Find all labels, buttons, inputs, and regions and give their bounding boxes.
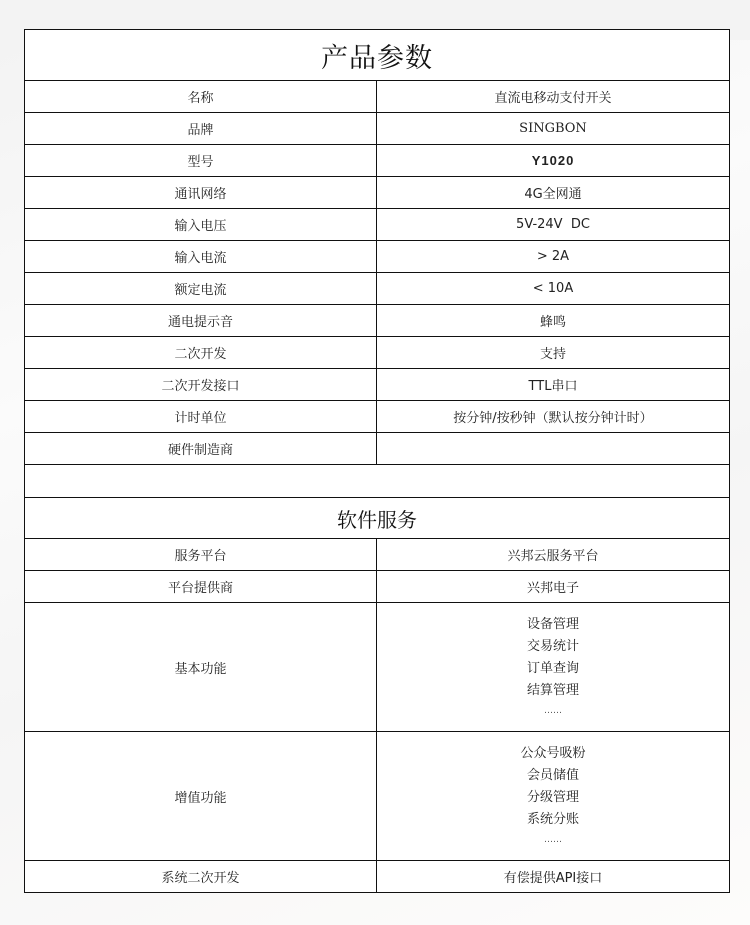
table-row: 二次开发 支持 — [25, 337, 730, 369]
software-services-title: 软件服务 — [25, 498, 730, 539]
value-added-features-list: 公众号吸粉 会员储值 分级管理 系统分账 …… — [377, 732, 730, 861]
row-value: 支持 — [377, 337, 730, 369]
table-row: 硬件制造商 — [25, 433, 730, 465]
table-row: 二次开发接口 TTL串口 — [25, 369, 730, 401]
basic-features-list: 设备管理 交易统计 订单查询 结算管理 …… — [377, 603, 730, 732]
brand-value: SINGBON — [377, 113, 730, 145]
table-row: 平台提供商 兴邦电子 — [25, 571, 730, 603]
row-label: 二次开发接口 — [25, 369, 377, 401]
row-label: 输入电压 — [25, 209, 377, 241]
row-label: 系统二次开发 — [25, 861, 377, 893]
ellipsis: …… — [377, 702, 729, 720]
table-row: 型号 Y1020 — [25, 145, 730, 177]
row-value: 兴邦电子 — [377, 571, 730, 603]
list-item: 订单查询 — [377, 658, 729, 680]
table-row: 服务平台 兴邦云服务平台 — [25, 539, 730, 571]
product-params-title: 产品参数 — [25, 30, 730, 81]
table-row: 额定电流 < 10A — [25, 273, 730, 305]
row-label: 计时单位 — [25, 401, 377, 433]
list-item: 会员储值 — [377, 765, 729, 787]
row-label: 平台提供商 — [25, 571, 377, 603]
row-value: < 10A — [377, 273, 730, 305]
table-row: 输入电压 5V-24V DC — [25, 209, 730, 241]
table-row: 增值功能 公众号吸粉 会员储值 分级管理 系统分账 …… — [25, 732, 730, 861]
table-row: 通电提示音 蜂鸣 — [25, 305, 730, 337]
row-value: 5V-24V DC — [377, 209, 730, 241]
ellipsis: …… — [377, 831, 729, 849]
spacer-row — [25, 465, 730, 498]
table-row: 基本功能 设备管理 交易统计 订单查询 结算管理 …… — [25, 603, 730, 732]
list-item: 分级管理 — [377, 787, 729, 809]
row-label: 通讯网络 — [25, 177, 377, 209]
row-label: 名称 — [25, 81, 377, 113]
row-value — [377, 433, 730, 465]
list-item: 系统分账 — [377, 809, 729, 831]
list-item: 交易统计 — [377, 636, 729, 658]
row-value: 4G全网通 — [377, 177, 730, 209]
row-value: 兴邦云服务平台 — [377, 539, 730, 571]
row-label: 基本功能 — [25, 603, 377, 732]
table-row: 品牌 SINGBON — [25, 113, 730, 145]
row-label: 型号 — [25, 145, 377, 177]
list-item: 结算管理 — [377, 680, 729, 702]
table-row: 计时单位 按分钟/按秒钟（默认按分钟计时） — [25, 401, 730, 433]
row-label: 输入电流 — [25, 241, 377, 273]
row-label: 硬件制造商 — [25, 433, 377, 465]
model-value: Y1020 — [377, 145, 730, 177]
row-label: 服务平台 — [25, 539, 377, 571]
table-row: 名称 直流电移动支付开关 — [25, 81, 730, 113]
row-label: 额定电流 — [25, 273, 377, 305]
row-value: 有偿提供API接口 — [377, 861, 730, 893]
table-row: 通讯网络 4G全网通 — [25, 177, 730, 209]
list-item: 设备管理 — [377, 614, 729, 636]
row-value: 蜂鸣 — [377, 305, 730, 337]
spec-table: 产品参数 名称 直流电移动支付开关 品牌 SINGBON 型号 Y1020 通讯… — [24, 29, 730, 893]
row-value: 按分钟/按秒钟（默认按分钟计时） — [377, 401, 730, 433]
row-label: 增值功能 — [25, 732, 377, 861]
row-value: 直流电移动支付开关 — [377, 81, 730, 113]
row-label: 通电提示音 — [25, 305, 377, 337]
row-label: 品牌 — [25, 113, 377, 145]
row-value: > 2A — [377, 241, 730, 273]
table-row: 系统二次开发 有偿提供API接口 — [25, 861, 730, 893]
table-row: 输入电流 > 2A — [25, 241, 730, 273]
row-label: 二次开发 — [25, 337, 377, 369]
list-item: 公众号吸粉 — [377, 743, 729, 765]
row-value: TTL串口 — [377, 369, 730, 401]
